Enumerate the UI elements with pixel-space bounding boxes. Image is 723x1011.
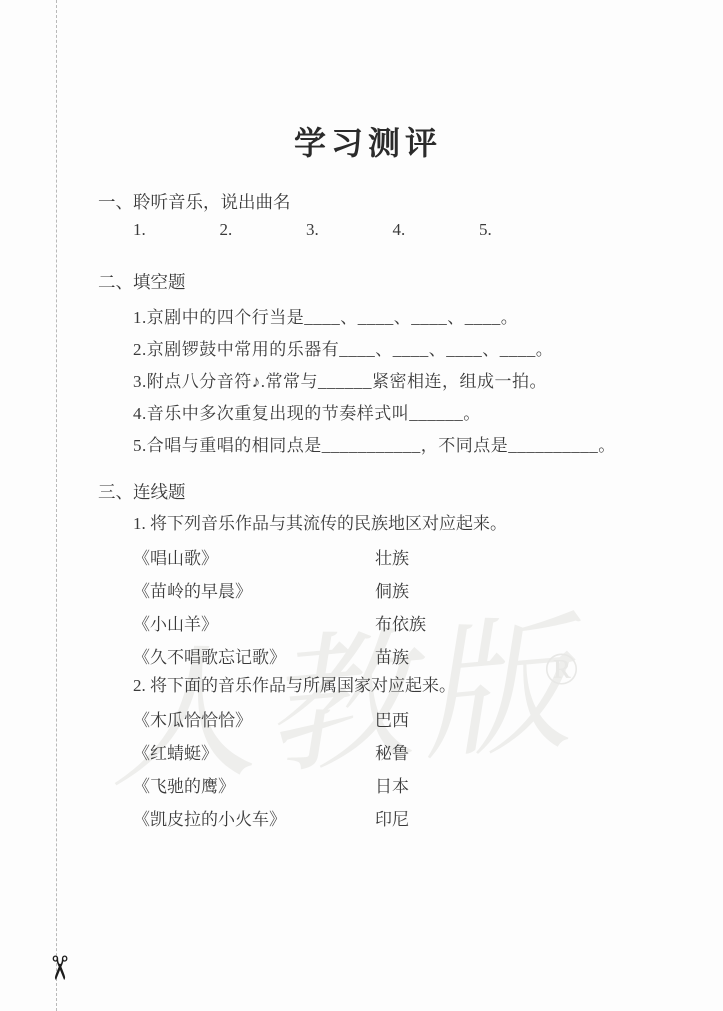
matching-pair-row: 《苗岭的早晨》 侗族 [133,575,426,608]
listening-slot-1: 1. [133,220,220,240]
fill-blank-item: 5.合唱与重唱的相同点是___________，不同点是__________。 [133,430,616,462]
work-title: 《红蜻蜓》 [133,737,375,770]
matching-pair-row: 《木瓜恰恰恰》 巴西 [133,704,409,737]
fill-blank-item: 2.京剧锣鼓中常用的乐器有____、____、____、____。 [133,334,616,366]
work-title: 《凯皮拉的小火车》 [133,803,375,836]
fill-blanks-list: 1.京剧中的四个行当是____、____、____、____。 2.京剧锣鼓中常… [133,302,616,462]
country-label: 印尼 [375,803,409,836]
listening-slot-3: 3. [306,220,393,240]
fill-blank-item: 3.附点八分音符♪.常常与______紧密相连，组成一拍。 [133,366,616,398]
ethnic-group-label: 侗族 [375,575,409,608]
matching-pair-row: 《飞驰的鹰》 日本 [133,770,409,803]
scissors-icon: ✂ [38,950,78,986]
listening-slot-2: 2. [220,220,307,240]
matching-part2-intro: 2. 将下面的音乐作品与所属国家对应起来。 [133,671,456,696]
matching-pair-row: 《唱山歌》 壮族 [133,542,426,575]
listening-answer-slots: 1. 2. 3. 4. 5. [133,220,566,240]
matching-pair-row: 《小山羊》 布依族 [133,608,426,641]
worksheet-page: ✂ 人教版 ® 学习测评 一、聆听音乐，说出曲名 1. 2. 3. 4. 5. … [0,0,723,1011]
listening-slot-5: 5. [479,220,566,240]
country-label: 巴西 [375,704,409,737]
matching-pair-row: 《久不唱歌忘记歌》 苗族 [133,641,426,674]
matching-part2-pairs: 《木瓜恰恰恰》 巴西 《红蜻蜓》 秘鲁 《飞驰的鹰》 日本 《凯皮拉的小火车》 … [133,704,409,836]
section-listening-heading: 一、聆听音乐，说出曲名 [98,189,291,214]
ethnic-group-label: 壮族 [375,542,409,575]
work-title: 《唱山歌》 [133,542,375,575]
matching-part1-pairs: 《唱山歌》 壮族 《苗岭的早晨》 侗族 《小山羊》 布依族 《久不唱歌忘记歌》 … [133,542,426,674]
cut-line [56,0,57,1011]
page-content: 学习测评 一、聆听音乐，说出曲名 1. 2. 3. 4. 5. 二、填空题 1.… [98,0,638,1011]
ethnic-group-label: 布依族 [375,608,426,641]
fill-blank-item: 1.京剧中的四个行当是____、____、____、____。 [133,302,616,334]
work-title: 《久不唱歌忘记歌》 [133,641,375,674]
section-matching-heading: 三、连线题 [98,479,186,504]
ethnic-group-label: 苗族 [375,641,409,674]
section-fill-blanks-heading: 二、填空题 [98,269,186,294]
matching-part1-intro: 1. 将下列音乐作品与其流传的民族地区对应起来。 [133,509,507,534]
country-label: 日本 [375,770,409,803]
page-title: 学习测评 [98,118,638,164]
work-title: 《木瓜恰恰恰》 [133,704,375,737]
listening-slot-4: 4. [393,220,480,240]
fill-blank-item: 4.音乐中多次重复出现的节奏样式叫______。 [133,398,616,430]
matching-pair-row: 《凯皮拉的小火车》 印尼 [133,803,409,836]
work-title: 《飞驰的鹰》 [133,770,375,803]
matching-pair-row: 《红蜻蜓》 秘鲁 [133,737,409,770]
work-title: 《苗岭的早晨》 [133,575,375,608]
work-title: 《小山羊》 [133,608,375,641]
country-label: 秘鲁 [375,737,409,770]
